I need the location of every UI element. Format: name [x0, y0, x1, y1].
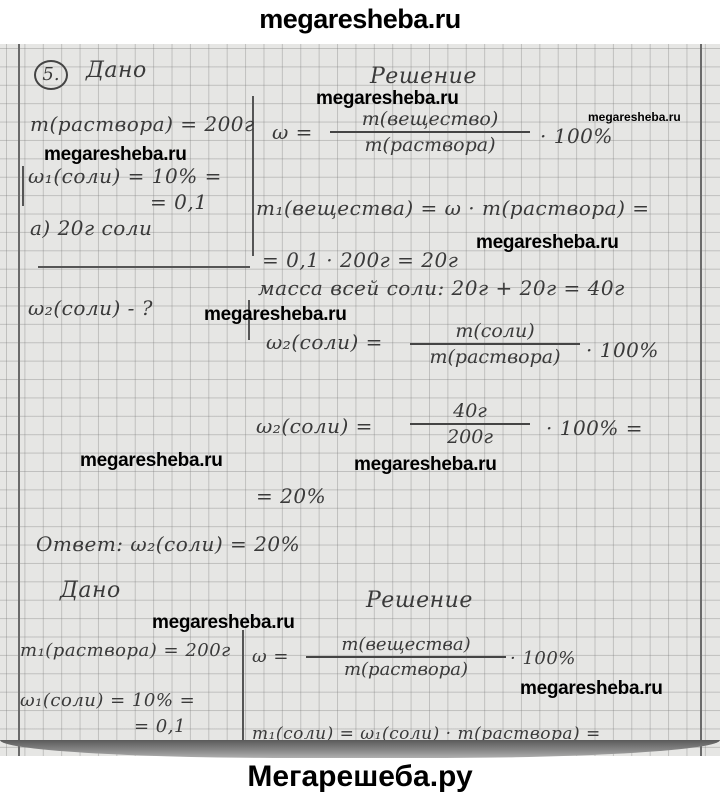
given2-omega1-decimal: = 0,1: [134, 716, 186, 737]
omega2-numerator: m(соли): [410, 320, 580, 342]
omega2-calc-tail: · 100% =: [546, 416, 643, 440]
solution-heading-1: Решение: [370, 64, 477, 89]
given-added-salt: а) 20г соли: [30, 216, 152, 240]
fraction-bar: [306, 656, 506, 658]
formula-numerator: m(вещество): [330, 108, 530, 130]
site-footer: Мегарешеба.ру: [0, 758, 720, 798]
fraction-bar: [330, 131, 530, 133]
solution-heading-2: Решение: [366, 588, 473, 613]
step-total-salt: масса всей соли: 20г + 20г = 40г: [258, 276, 625, 300]
problem-number: 5.: [42, 64, 59, 85]
formula2-fraction: m(вещества) m(раствора): [306, 634, 506, 680]
omega2-formula-lhs: ω₂(соли) =: [266, 330, 383, 354]
site-header: megaresheba.ru: [0, 0, 720, 44]
watermark: megaresheba.ru: [80, 450, 223, 472]
given2-mass-solution: m₁(раствора) = 200г: [20, 640, 231, 661]
bracket-mark: [22, 166, 24, 206]
given-heading-1: Дано: [86, 58, 147, 83]
given-omega1-decimal: = 0,1: [150, 190, 207, 214]
omega2-result: = 20%: [256, 484, 326, 508]
watermark: megaresheba.ru: [152, 612, 295, 634]
site-header-title: megaresheba.ru: [259, 4, 461, 35]
watermark: megaresheba.ru: [204, 304, 347, 326]
omega2-denominator: m(раствора): [410, 346, 580, 368]
formula2-omega-lhs: ω =: [252, 646, 289, 667]
formula-fraction: m(вещество) m(раствора): [330, 108, 530, 156]
problem-number-badge: 5.: [34, 60, 68, 90]
omega2-formula-tail: · 100%: [586, 338, 659, 362]
formula2-denominator: m(раствора): [306, 659, 506, 680]
watermark: megaresheba.ru: [588, 110, 681, 124]
margin-line-right: [700, 44, 702, 756]
step-mass-substance-result: = 0,1 · 200г = 20г: [262, 248, 458, 272]
formula2-tail: · 100%: [510, 648, 576, 669]
given2-omega1: ω₁(соли) = 10% =: [20, 690, 195, 711]
omega2-calc-numerator: 40г: [410, 400, 530, 422]
omega2-calc-denominator: 200г: [410, 426, 530, 448]
watermark: megaresheba.ru: [44, 144, 187, 166]
given-mass-solution: m(раствора) = 200г: [30, 112, 255, 136]
answer-line: Ответ: ω₂(соли) = 20%: [36, 532, 300, 556]
step-mass-substance: m₁(вещества) = ω · m(раствора) =: [256, 196, 650, 220]
formula-denominator: m(раствора): [330, 134, 530, 156]
fraction-bar: [410, 423, 530, 425]
divider-given-solution-2: [242, 630, 244, 756]
formula2-numerator: m(вещества): [306, 634, 506, 655]
formula-omega-lhs: ω =: [272, 120, 313, 144]
given-underline-1: [38, 266, 250, 268]
find-omega2: ω₂(соли) - ?: [28, 296, 153, 320]
fraction-bar: [410, 343, 580, 345]
omega2-calc-lhs: ω₂(соли) =: [256, 414, 373, 438]
formula-tail: · 100%: [540, 124, 613, 148]
watermark: megaresheba.ru: [476, 232, 619, 254]
watermark: megaresheba.ru: [354, 454, 497, 476]
omega2-fraction: m(соли) m(раствора): [410, 320, 580, 368]
omega2-calc-fraction: 40г 200г: [410, 400, 530, 448]
site-footer-title: Мегарешеба.ру: [247, 760, 472, 794]
given-heading-2: Дано: [60, 578, 121, 603]
watermark: megaresheba.ru: [316, 88, 459, 110]
watermark: megaresheba.ru: [520, 678, 663, 700]
given-omega1: ω₁(соли) = 10% =: [28, 164, 222, 188]
